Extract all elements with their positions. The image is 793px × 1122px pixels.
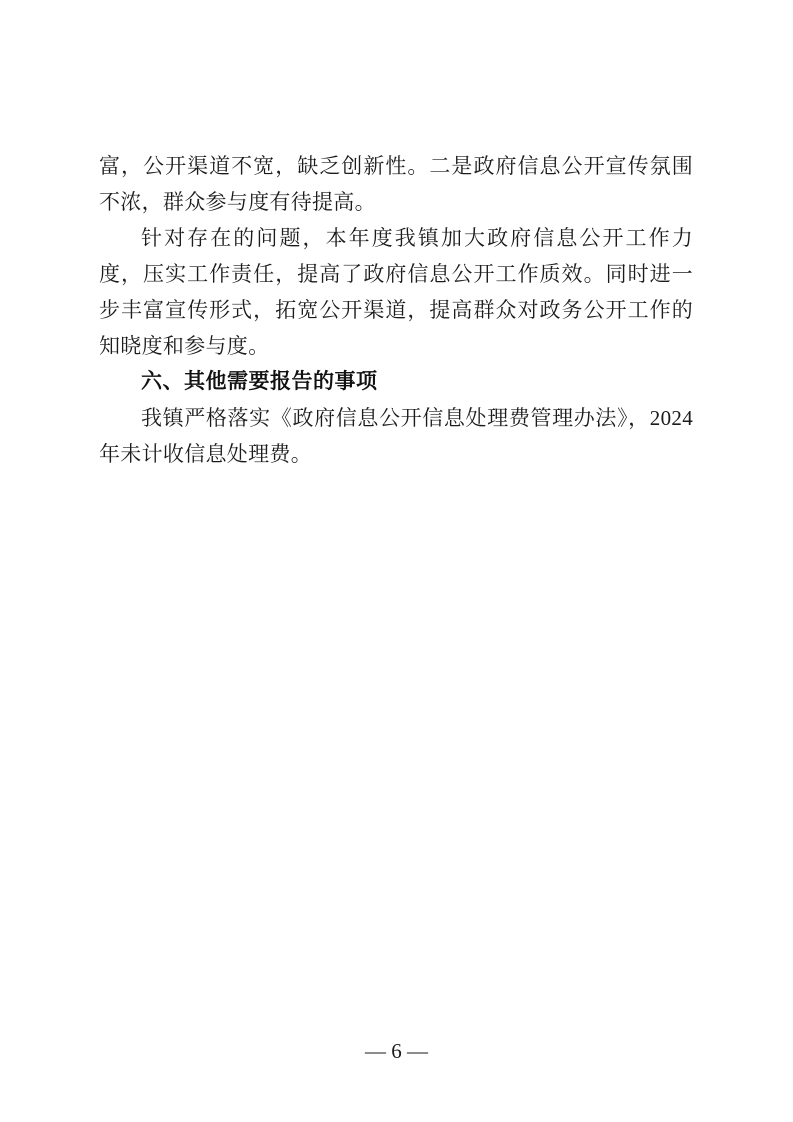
paragraph-continuation: 富，公开渠道不宽，缺乏创新性。二是政府信息公开宣传氛围不浓，群众参与度有待提高。 — [99, 148, 693, 220]
page-number: — 6 — — [0, 1036, 793, 1066]
paragraph-body: 针对存在的问题，本年度我镇加大政府信息公开工作力度，压实工作责任，提高了政府信息… — [99, 220, 693, 364]
paragraph-body: 我镇严格落实《政府信息公开信息处理费管理办法》，2024年未计收信息处理费。 — [99, 400, 693, 472]
section-heading: 六、其他需要报告的事项 — [99, 364, 693, 400]
page-content: 富，公开渠道不宽，缺乏创新性。二是政府信息公开宣传氛围不浓，群众参与度有待提高。… — [99, 148, 693, 472]
document-page: 富，公开渠道不宽，缺乏创新性。二是政府信息公开宣传氛围不浓，群众参与度有待提高。… — [0, 0, 793, 1122]
